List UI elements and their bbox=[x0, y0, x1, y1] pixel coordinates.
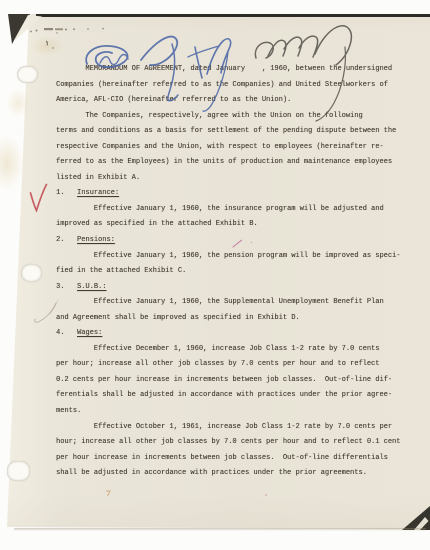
heading-label: Insurance: bbox=[77, 189, 119, 197]
heading-label: Wages: bbox=[77, 329, 102, 337]
typed-line: Companies (hereinafter referred to as th… bbox=[56, 78, 408, 94]
typed-line: per hour increase in increments between … bbox=[56, 451, 408, 467]
typed-heading-line: 3. S.U.B.: bbox=[56, 280, 408, 296]
typed-line: Effective January 1, 1960, the insurance… bbox=[56, 202, 408, 218]
heading-label: Pensions: bbox=[77, 236, 115, 244]
paper-bottom-shadow bbox=[14, 528, 426, 531]
heading-number: 2. bbox=[56, 236, 77, 244]
typed-line: terms and conditions as a basis for sett… bbox=[56, 124, 408, 140]
punch-hole bbox=[7, 461, 30, 481]
typed-heading-line: 2. Pensions: bbox=[56, 233, 408, 249]
typed-line: 0.2 cents per hour increase in increment… bbox=[56, 373, 408, 389]
typed-line: shall be adjusted in accordance with pra… bbox=[56, 466, 408, 482]
typed-line: per hour; increase all other job classes… bbox=[56, 357, 408, 373]
typed-line: America, AFL-CIO (hereinafter referred t… bbox=[56, 93, 408, 109]
typed-line: The Companies, respectively, agree with … bbox=[56, 109, 408, 125]
heading-number: 1. bbox=[56, 189, 77, 197]
typed-line: Effective January 1, 1960, the Supplemen… bbox=[56, 295, 408, 311]
typed-line: improved as specified in the attached Ex… bbox=[56, 217, 408, 233]
heading-number: 3. bbox=[56, 283, 77, 291]
typed-line: fied in the attached Exhibit C. bbox=[56, 264, 408, 280]
heading-label: S.U.B.: bbox=[77, 283, 106, 291]
typed-line: respective Companies and the Union, with… bbox=[56, 140, 408, 156]
typed-line: ferred to as the Employees) in the units… bbox=[56, 155, 408, 171]
typed-line: ments. bbox=[56, 404, 408, 420]
typed-line: listed in Exhibit A. bbox=[56, 171, 408, 187]
heading-number: 4. bbox=[56, 329, 77, 337]
typed-line: Effective October 1, 1961, increase Job … bbox=[56, 420, 408, 436]
typed-heading-line: 4. Wages: bbox=[56, 326, 408, 342]
paper-top-edge bbox=[36, 14, 430, 17]
typed-heading-line: 1. Insurance: bbox=[56, 186, 408, 202]
typed-line: MEMORANDUM OF AGREEMENT, dated January ,… bbox=[56, 62, 408, 78]
scanned-page-background: { "meta": { "kind": "scanned typewritten… bbox=[0, 0, 430, 550]
typed-text: MEMORANDUM OF AGREEMENT, dated January ,… bbox=[56, 62, 408, 482]
typed-line: ferentials shall be adjusted in accordan… bbox=[56, 388, 408, 404]
punch-hole bbox=[17, 66, 38, 83]
stain bbox=[0, 135, 24, 191]
typed-line: hour; increase all other job classes by … bbox=[56, 435, 408, 451]
punch-hole bbox=[21, 264, 42, 282]
typed-line: and Agreement shall be improved as speci… bbox=[56, 311, 408, 327]
typed-line: Effective December 1, 1960, increase Job… bbox=[56, 342, 408, 358]
typed-line: Effective January 1, 1960, the pension p… bbox=[56, 249, 408, 265]
